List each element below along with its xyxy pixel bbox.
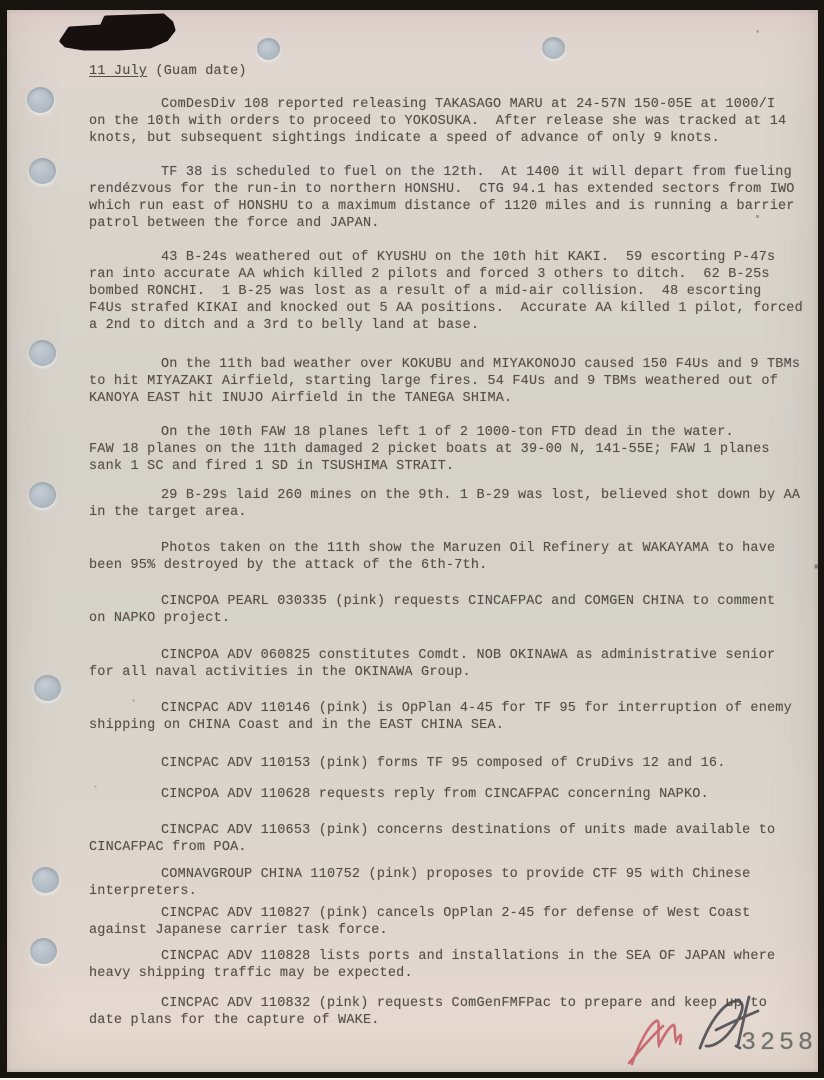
hole-punch (257, 38, 280, 60)
hole-punch (29, 482, 56, 508)
hole-punch (29, 340, 56, 366)
red-pencil-scribble (629, 1021, 681, 1064)
page-number-stamp: 3258 (741, 1028, 817, 1057)
hole-punch (542, 37, 565, 59)
hole-punch (34, 675, 61, 701)
redaction-mark (0, 0, 824, 1080)
paper-specks (0, 0, 1, 1)
hole-punch (30, 938, 57, 964)
hole-punch (29, 158, 56, 184)
scanned-page: 11 July (Guam date) ComDesDiv 108 report… (0, 0, 824, 1078)
hole-punch (32, 867, 59, 893)
hole-punch (27, 87, 54, 113)
